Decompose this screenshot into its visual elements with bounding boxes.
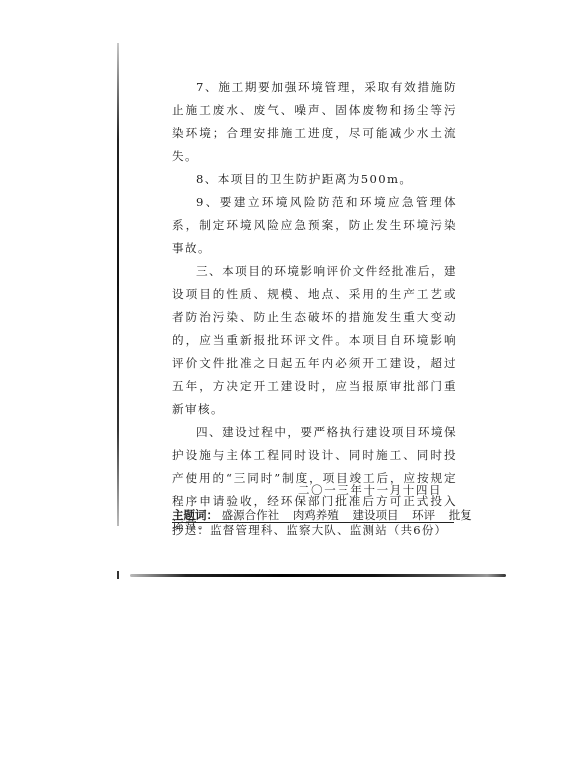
scanned-document-page: 7、施工期要加强环境管理，采取有效措施防止施工废水、废气、噪声、固体废物和扬尘等… — [0, 0, 585, 757]
bottom-page-rule — [130, 574, 506, 577]
paragraph-section-3: 三、本项目的环境影响评价文件经批准后，建设项目的性质、规模、地点、采用的生产工艺… — [172, 260, 457, 421]
subject-keywords-line: 主题词： 盛源合作社 肉鸡养殖 建设项目 环评 批复 — [172, 508, 454, 523]
subject-label: 主题词： — [172, 508, 218, 522]
cc-distribution-line: 抄送：监督管理科、监察大队、监测站（共6份） — [172, 523, 447, 537]
subject-keyword: 盛源合作社 — [222, 508, 280, 522]
subject-keyword: 肉鸡养殖 — [293, 508, 339, 522]
paragraph-item-8: 8、本项目的卫生防护距离为500m。 — [172, 168, 457, 191]
subject-keyword: 环评 — [412, 508, 435, 522]
left-margin-rule — [117, 43, 119, 526]
subject-keyword: 建设项目 — [352, 508, 398, 522]
paragraph-item-7: 7、施工期要加强环境管理，采取有效措施防止施工废水、废气、噪声、固体废物和扬尘等… — [172, 76, 457, 168]
document-body: 7、施工期要加强环境管理，采取有效措施防止施工废水、废气、噪声、固体废物和扬尘等… — [172, 76, 457, 536]
left-margin-tick — [117, 571, 119, 579]
issue-date: 二〇一三年十一月十四日 — [298, 482, 442, 498]
paragraph-item-9: 9、要建立环境风险防范和环境应急管理体系，制定环境风险应急预案，防止发生环境污染… — [172, 191, 457, 260]
subject-keyword: 批复 — [449, 508, 472, 522]
